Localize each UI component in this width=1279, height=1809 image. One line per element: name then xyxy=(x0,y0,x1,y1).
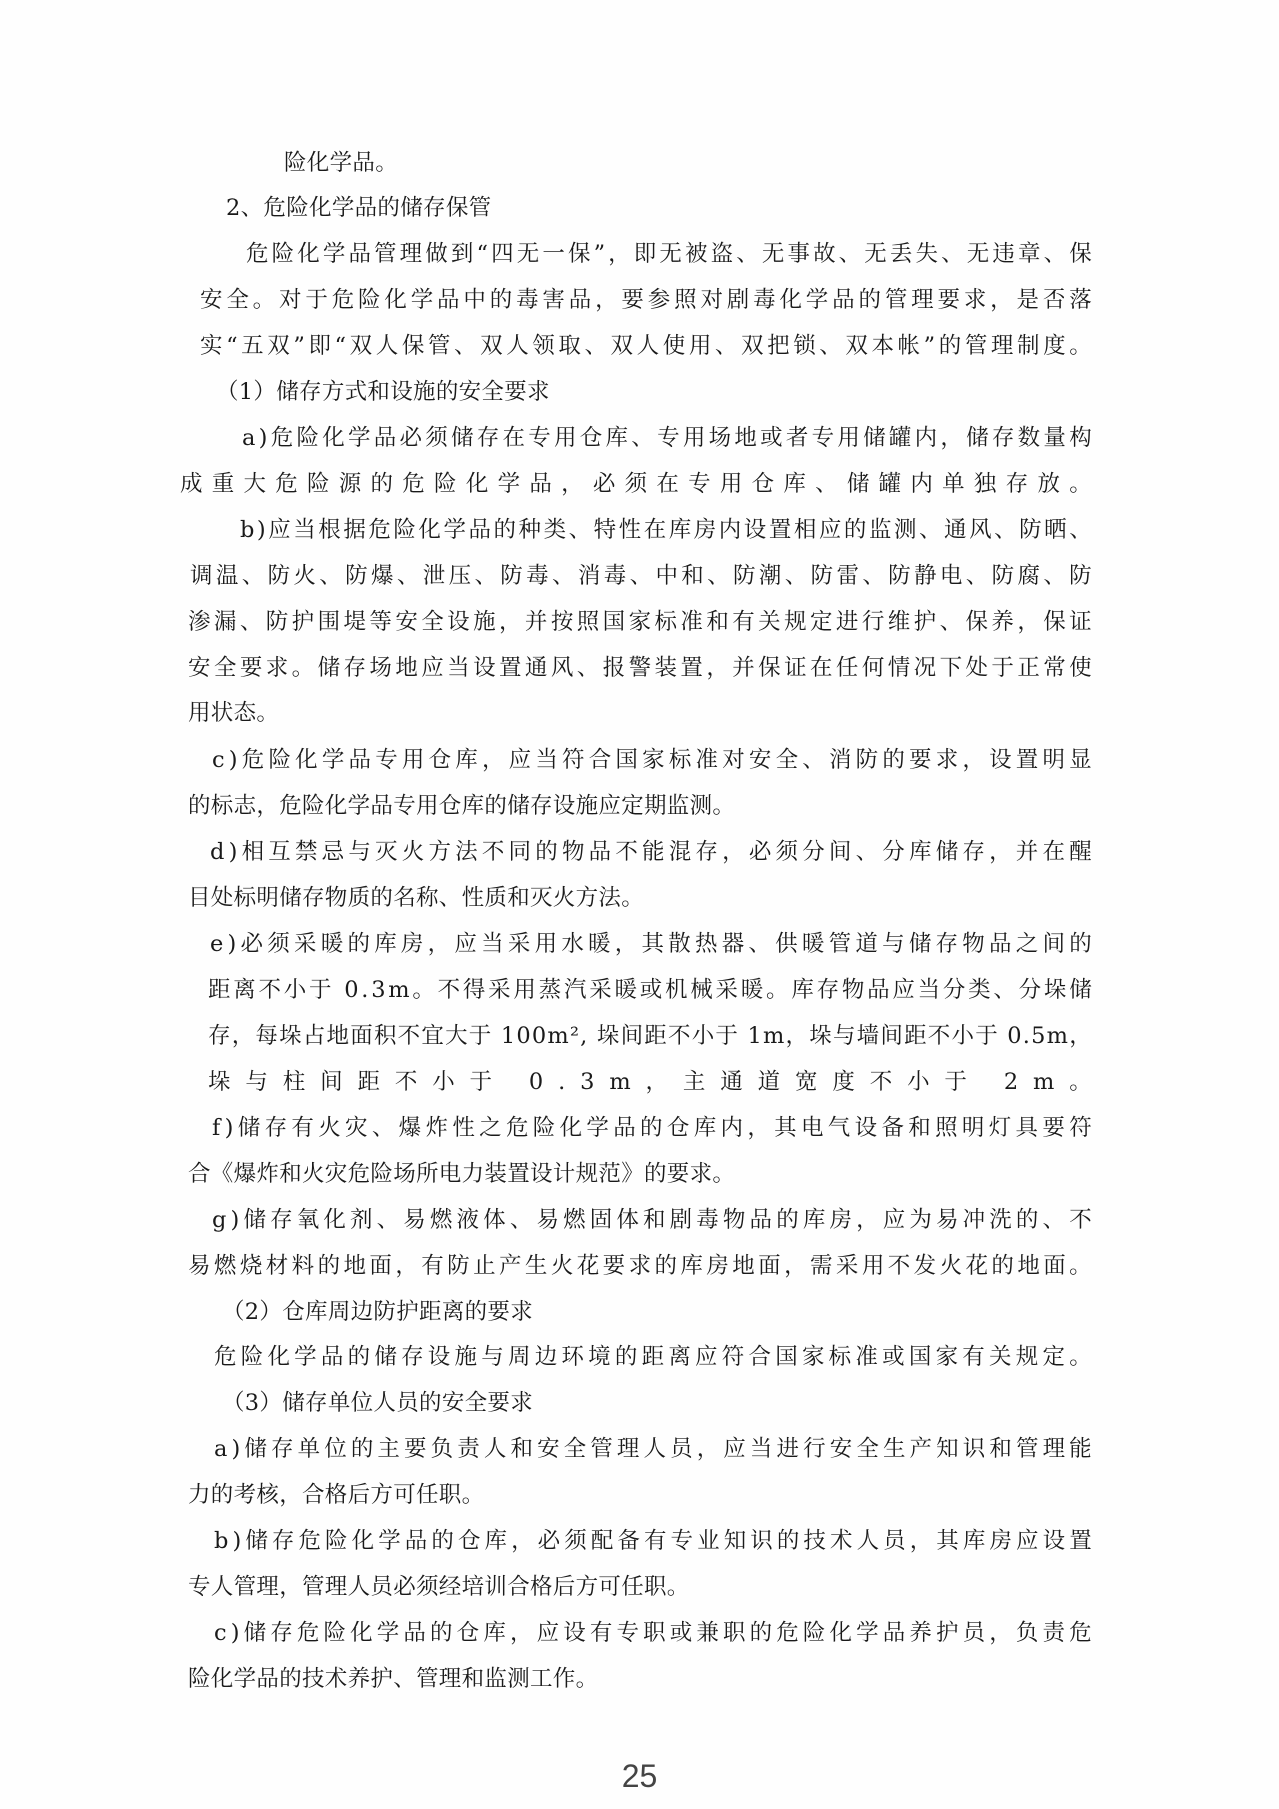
text-line: 安全要求。储存场地应当设置通风、报警装置，并保证在任何情况下处于正常使 xyxy=(188,653,1095,683)
text-line: 目处标明储存物质的名称、性质和灭火方法。 xyxy=(188,883,644,913)
text-line: c)危险化学品专用仓库，应当符合国家标准对安全、消防的要求，设置明显 xyxy=(212,745,1096,775)
text-line: 垛与柱间距不小于 0.3m，主通道宽度不小于 2m。 xyxy=(208,1067,1107,1097)
text-line: a)储存单位的主要负责人和安全管理人员，应当进行安全生产知识和管理能 xyxy=(214,1434,1096,1464)
text-line: 成重大危险源的危险化学品，必须在专用仓库、储罐内单独存放。 xyxy=(180,469,1101,499)
text-line: g)储存氧化剂、易燃液体、易燃固体和剧毒物品的库房，应为易冲洗的、不 xyxy=(212,1205,1096,1235)
text-line: b)应当根据危险化学品的种类、特性在库房内设置相应的监测、通风、防晒、 xyxy=(240,515,1094,545)
text-line: 危险化学品的储存设施与周边环境的距离应符合国家标准或国家有关规定。 xyxy=(214,1342,1096,1372)
text-line: （2）仓库周边防护距离的要求 xyxy=(222,1297,533,1327)
text-line: a)危险化学品必须储存在专用仓库、专用场地或者专用储罐内，储存数量构 xyxy=(242,423,1095,453)
text-line: f)储存有火灾、爆炸性之危险化学品的仓库内，其电气设备和照明灯具要符 xyxy=(212,1113,1096,1143)
text-line: 用状态。 xyxy=(188,698,279,728)
text-line: 调温、防火、防爆、泄压、防毒、消毒、中和、防潮、防雷、防静电、防腐、防 xyxy=(190,561,1095,591)
text-line: 危险化学品管理做到“四无一保”，即无被盗、无事故、无丢失、无违章、保 xyxy=(246,239,1095,269)
text-line: 力的考核，合格后方可任职。 xyxy=(188,1480,484,1510)
text-line: 距离不小于 0.3m。不得采用蒸汽采暖或机械采暖。库存物品应当分类、分垛储 xyxy=(208,975,1094,1005)
text-line: 专人管理，管理人员必须经培训合格后方可任职。 xyxy=(188,1572,690,1602)
text-line: 存，每垛占地面积不宜大于 100m², 垛间距不小于 1m，垛与墙间距不小于 0… xyxy=(208,1021,1093,1051)
text-line: （3）储存单位人员的安全要求 xyxy=(222,1388,533,1418)
page-number: 25 xyxy=(0,1758,1279,1795)
text-line: 易燃烧材料的地面，有防止产生火花要求的库房地面，需采用不发火花的地面。 xyxy=(188,1251,1095,1281)
text-line: c)储存危险化学品的仓库，应设有专职或兼职的危险化学品养护员，负责危 xyxy=(214,1618,1096,1648)
text-line: 实“五双”即“双人保管、双人领取、双人使用、双把锁、双本帐”的管理制度。 xyxy=(200,331,1095,361)
text-line: 2、危险化学品的储存保管 xyxy=(226,193,491,223)
document-page: 险化学品。2、危险化学品的储存保管危险化学品管理做到“四无一保”，即无被盗、无事… xyxy=(0,0,1279,1809)
text-line: 险化学品的技术养护、管理和监测工作。 xyxy=(188,1664,598,1694)
text-line: 合《爆炸和火灾危险场所电力装置设计规范》的要求。 xyxy=(188,1159,735,1189)
text-line: 的标志，危险化学品专用仓库的储存设施应定期监测。 xyxy=(188,791,735,821)
text-line: 渗漏、防护围堤等安全设施，并按照国家标准和有关规定进行维护、保养，保证 xyxy=(188,607,1095,637)
text-line: e)必须采暖的库房，应当采用水暖，其散热器、供暖管道与储存物品之间的 xyxy=(210,929,1096,959)
text-line: 险化学品。 xyxy=(284,148,398,178)
text-line: b)储存危险化学品的仓库，必须配备有专业知识的技术人员，其库房应设置 xyxy=(214,1526,1096,1556)
text-line: （1）储存方式和设施的安全要求 xyxy=(216,377,550,407)
text-line: 安全。对于危险化学品中的毒害品，要参照对剧毒化学品的管理要求，是否落 xyxy=(200,285,1096,315)
text-line: d)相互禁忌与灭火方法不同的物品不能混存，必须分间、分库储存，并在醒 xyxy=(210,837,1096,867)
